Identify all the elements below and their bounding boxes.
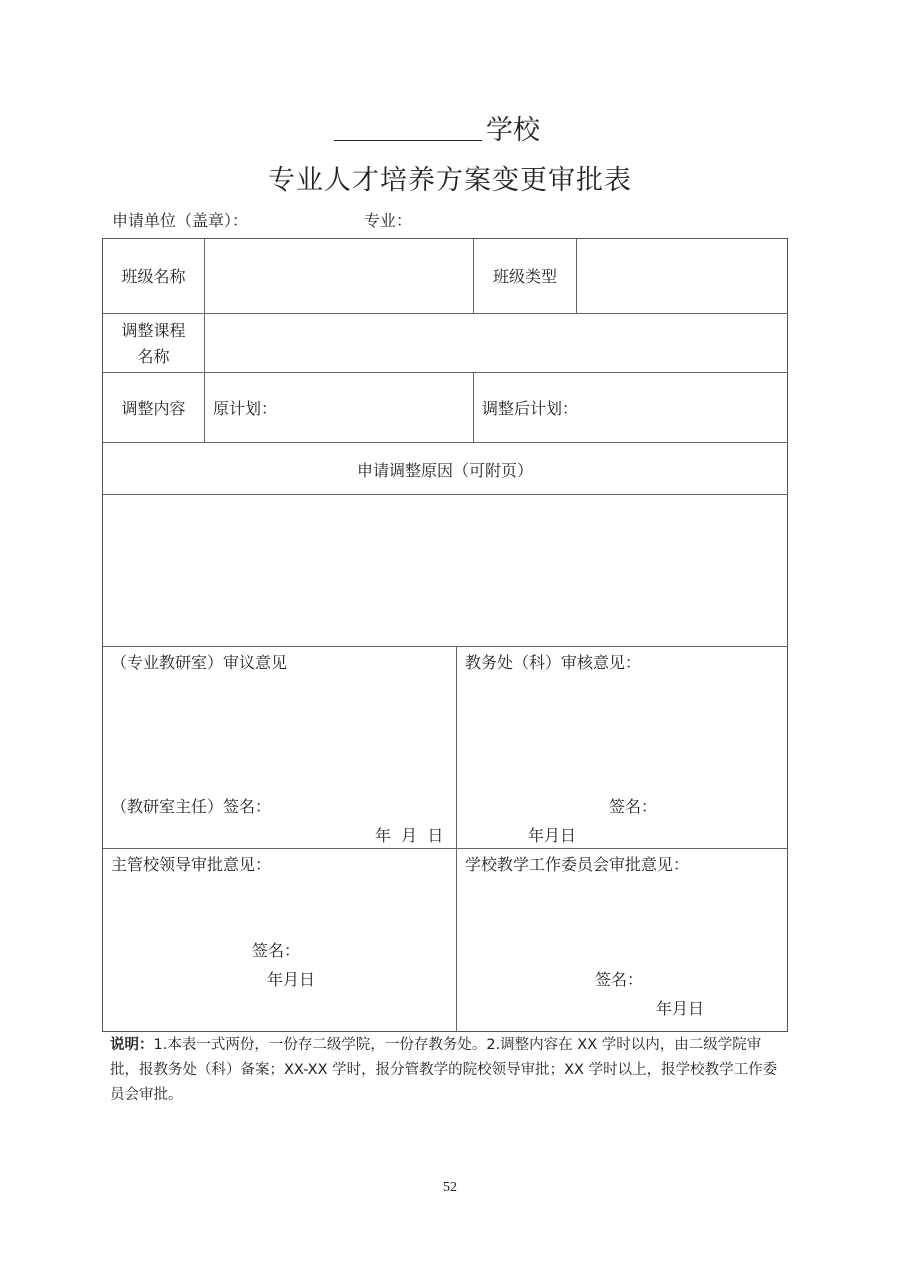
academic-date: 年月日 (528, 824, 576, 848)
note-text: 1.本表一式两份，一份存二级学院，一份存教务处。2.调整内容在 XX 学时以内，… (110, 1037, 777, 1103)
page-number: 52 (0, 1180, 900, 1196)
academic-opinion-label: 教务处（科）审核意见： (465, 651, 641, 675)
form-note: 说明：1.本表一式两份，一份存二级学院，一份存教务处。2.调整内容在 XX 学时… (110, 1033, 780, 1108)
note-label: 说明： (110, 1037, 154, 1053)
leader-sign-label: 签名： (252, 939, 300, 963)
course-label-line1: 调整课程 (103, 319, 204, 343)
course-name-field[interactable] (206, 315, 786, 370)
committee-sign-label: 签名： (595, 968, 643, 992)
class-type-label: 班级类型 (474, 265, 576, 289)
approval-form-table: 班级名称 班级类型 调整课程 名称 调整内容 原计划： 调整后计划： 申请调整原… (102, 238, 788, 1032)
dept-date: 年 月 日 (375, 824, 443, 848)
academic-sign-label: 签名： (609, 795, 657, 819)
content-label: 调整内容 (103, 397, 204, 421)
school-suffix: 学校 (486, 114, 540, 148)
dept-opinion-label: （专业教研室）审议意见 (111, 651, 287, 675)
committee-date: 年月日 (656, 997, 704, 1021)
class-name-label: 班级名称 (103, 265, 204, 289)
major-label: 专业： (364, 210, 412, 232)
page-title: 专业人才培养方案变更审批表 (0, 163, 900, 199)
leader-date: 年月日 (267, 968, 315, 992)
course-label-line2: 名称 (103, 345, 204, 369)
applicant-label: 申请单位（盖章）： (112, 210, 248, 232)
adjusted-plan-label: 调整后计划： (482, 397, 578, 421)
reason-field[interactable] (105, 496, 785, 644)
class-type-field[interactable] (578, 241, 786, 311)
committee-opinion-label: 学校教学工作委员会审批意见： (465, 853, 689, 877)
original-plan-label: 原计划： (213, 397, 277, 421)
leader-opinion-label: 主管校领导审批意见： (111, 853, 271, 877)
class-name-field[interactable] (206, 241, 472, 311)
reason-header: 申请调整原因（可附页） (103, 459, 787, 483)
dept-sign-label: （教研室主任）签名： (111, 795, 271, 819)
school-name-blank[interactable] (334, 140, 482, 141)
